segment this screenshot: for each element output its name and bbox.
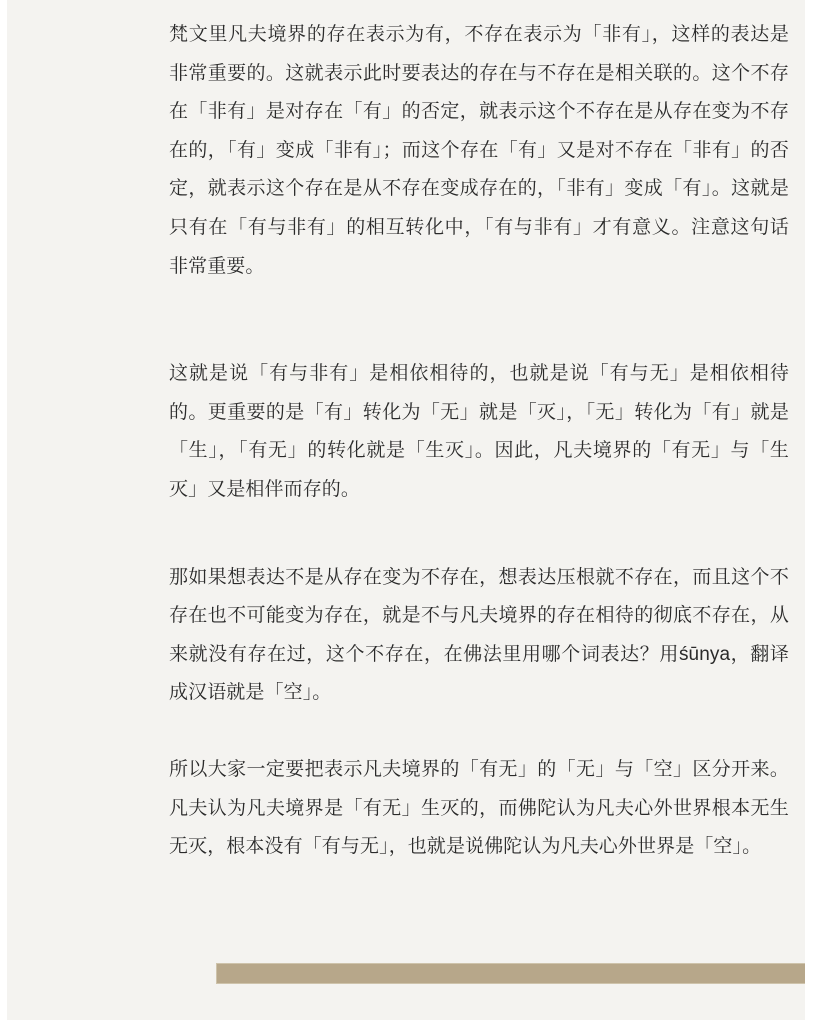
- text-column: 梵文里凡夫境界的存在表示为有，不存在表示为「非有」，这样的表达是非常重要的。这就…: [169, 16, 789, 867]
- paragraph-2: 这就是说「有与非有」是相依相待的，也就是说「有与无」是相依相待的。更重要的是「有…: [169, 355, 789, 509]
- footer-accent-bar: [216, 963, 805, 984]
- paragraph-1: 梵文里凡夫境界的存在表示为有，不存在表示为「非有」，这样的表达是非常重要的。这就…: [169, 16, 789, 286]
- document-page: 梵文里凡夫境界的存在表示为有，不存在表示为「非有」，这样的表达是非常重要的。这就…: [7, 0, 805, 1020]
- paragraph-4: 所以大家一定要把表示凡夫境界的「有无」的「无」与「空」区分开来。凡夫认为凡夫境界…: [169, 751, 789, 867]
- page-background: 梵文里凡夫境界的存在表示为有，不存在表示为「非有」，这样的表达是非常重要的。这就…: [0, 0, 816, 1024]
- paragraph-3: 那如果想表达不是从存在变为不存在，想表达压根就不存在，而且这个不存在也不可能变为…: [169, 559, 789, 713]
